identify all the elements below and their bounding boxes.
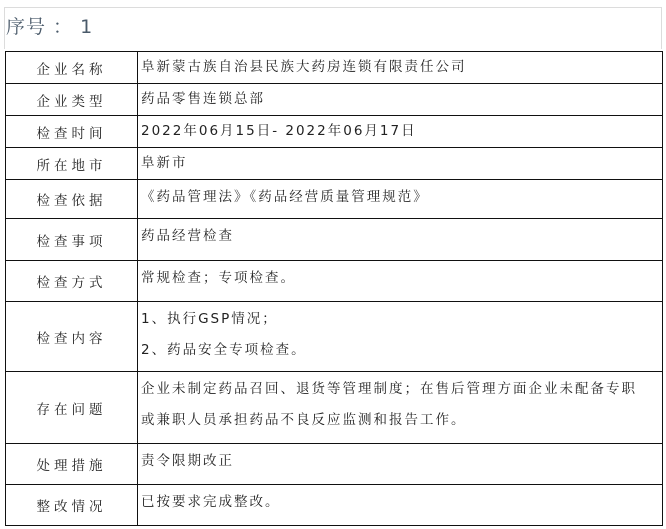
row-value: 阜新市 [138,148,663,180]
header-box [4,7,662,49]
row-value: 阜新蒙古族自治县民族大药房连锁有限责任公司 [138,52,663,84]
sequence-number: 序号 ： 1 [6,12,93,39]
row-label: 检查依据 [6,180,138,219]
table-row-measures: 处理措施 责令限期改正 [6,444,663,485]
table-row-inspection-time: 检查时间 2022年06月15日- 2022年06月17日 [6,116,663,148]
inspection-info-table: 企业名称 阜新蒙古族自治县民族大药房连锁有限责任公司 企业类型 药品零售连锁总部… [5,51,663,526]
table-row-inspection-basis: 检查依据 《药品管理法》《药品经营质量管理规范》 [6,180,663,219]
row-label: 检查内容 [6,302,138,372]
table-row-inspection-content: 检查内容 1、执行GSP情况； 2、药品安全专项检查。 [6,302,663,372]
row-value: 药品零售连锁总部 [138,84,663,116]
row-label: 企业类型 [6,84,138,116]
table-row-inspection-method: 检查方式 常规检查；专项检查。 [6,261,663,302]
row-label: 检查方式 [6,261,138,302]
table-row-rectification: 整改情况 已按要求完成整改。 [6,485,663,526]
row-value: 药品经营检查 [138,219,663,261]
row-label: 存在问题 [6,372,138,444]
row-value: 2022年06月15日- 2022年06月17日 [138,116,663,148]
row-value: 1、执行GSP情况； 2、药品安全专项检查。 [138,302,663,372]
table-row-issues: 存在问题 企业未制定药品召回、退货等管理制度；在售后管理方面企业未配备专职 或兼… [6,372,663,444]
row-label: 所在地市 [6,148,138,180]
row-value: 《药品管理法》《药品经营质量管理规范》 [138,180,663,219]
row-label: 检查时间 [6,116,138,148]
table-row-city: 所在地市 阜新市 [6,148,663,180]
table-row-inspection-item: 检查事项 药品经营检查 [6,219,663,261]
row-value: 责令限期改正 [138,444,663,485]
table-row-company-type: 企业类型 药品零售连锁总部 [6,84,663,116]
row-value: 已按要求完成整改。 [138,485,663,526]
row-value: 企业未制定药品召回、退货等管理制度；在售后管理方面企业未配备专职 或兼职人员承担… [138,372,663,444]
row-value: 常规检查；专项检查。 [138,261,663,302]
row-label: 处理措施 [6,444,138,485]
row-label: 检查事项 [6,219,138,261]
table-row-company-name: 企业名称 阜新蒙古族自治县民族大药房连锁有限责任公司 [6,52,663,84]
row-label: 企业名称 [6,52,138,84]
row-label: 整改情况 [6,485,138,526]
